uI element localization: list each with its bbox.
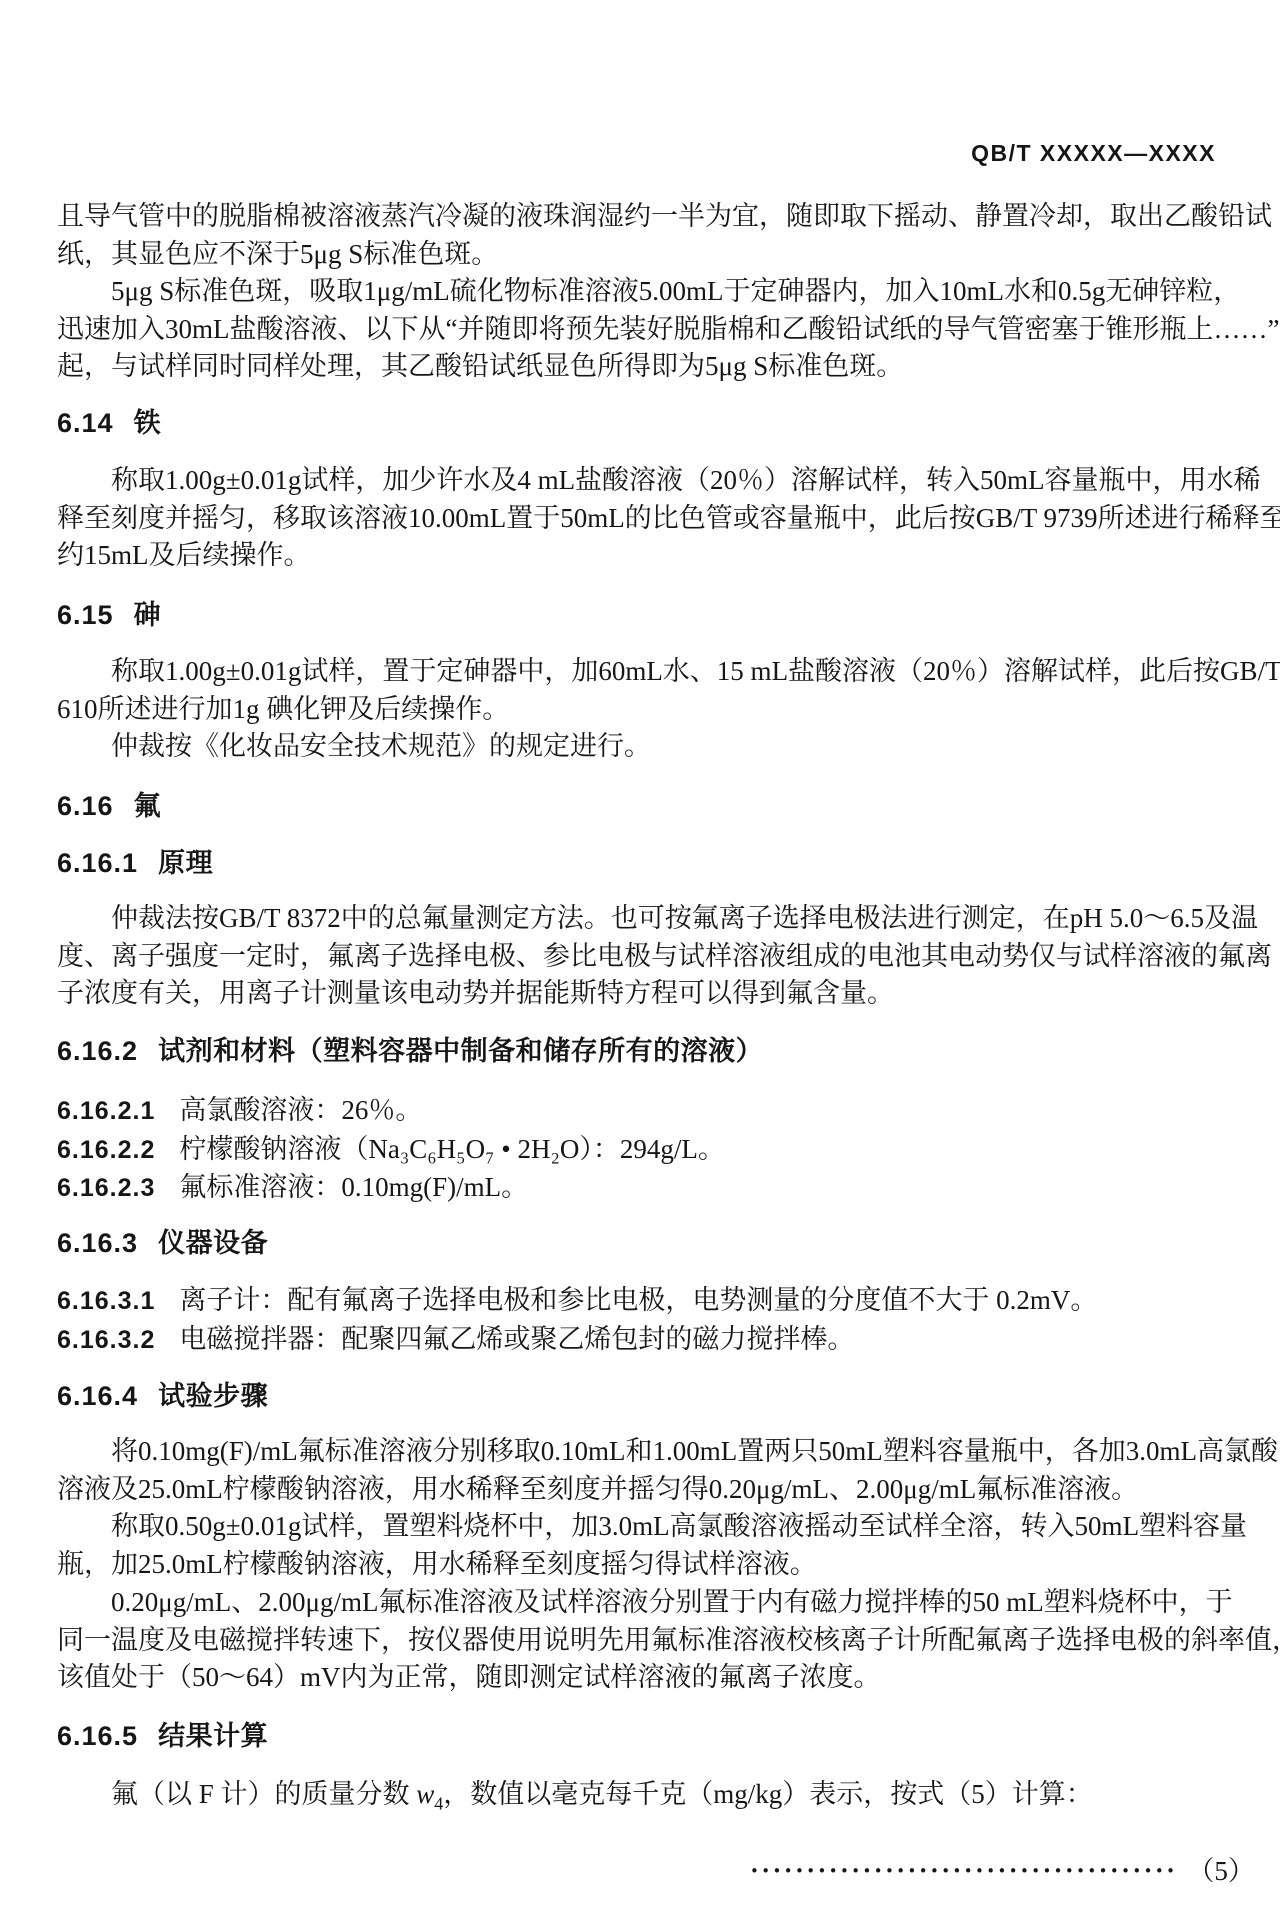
- clause-number: 6.16.3.1: [57, 1287, 155, 1315]
- reagent-items: 6.16.2.1高氯酸溶液：26％。6.16.2.2柠檬酸钠溶液（Na₃C₆H₅…: [57, 1092, 1227, 1208]
- equation-reference-row: •••••••••••••••••••••••••••••••••••••• （…: [750, 1849, 1280, 1888]
- text-line: 度、离子强度一定时，氟离子选择电极、参比电极与试样溶液组成的电池其电动势仅与试样…: [57, 938, 1227, 976]
- text-line: 氟（以 F 计）的质量分数 w4，数值以毫克每千克（mg/kg）表示，按式（5）…: [57, 1776, 1227, 1823]
- clause-title: 仪器设备: [158, 1228, 268, 1258]
- result-text-post: ，数值以毫克每千克（mg/kg）表示，按式（5）计算：: [443, 1779, 1093, 1809]
- paragraph-principle: 仲裁法按GB/T 8372中的总氟量测定方法。也可按氟离子选择电极法进行测定，在…: [57, 900, 1227, 1013]
- paragraph-result-formula-intro: 氟（以 F 计）的质量分数 w4，数值以毫克每千克（mg/kg）表示，按式（5）…: [57, 1776, 1227, 1823]
- clause-title: 试剂和材料（塑料容器中制备和储存所有的溶液）: [158, 1036, 763, 1066]
- clause-item: 6.16.2.1高氯酸溶液：26％。: [57, 1092, 1227, 1131]
- paragraph-procedure-3: 0.20μg/mL、2.00μg/mL氟标准溶液及试样溶液分别置于内有磁力搅拌棒…: [57, 1584, 1227, 1697]
- heading-6-16-3-apparatus: 6.16.3仪器设备: [57, 1226, 268, 1260]
- text-line: 迅速加入30mL盐酸溶液、以下从“并随即将预先装好脱脂棉和乙酸铅试纸的导气管密塞…: [57, 311, 1227, 349]
- clause-item: 6.16.3.2电磁搅拌器：配聚四氟乙烯或聚乙烯包封的磁力搅拌棒。: [57, 1321, 1227, 1360]
- clause-number: 6.16.1: [57, 848, 138, 878]
- paragraph-procedure-2: 称取0.50g±0.01g试样，置塑料烧杯中，加3.0mL高氯酸溶液摇动至试样全…: [57, 1508, 1227, 1583]
- clause-title: 铁: [134, 408, 162, 438]
- heading-6-16-fluorine: 6.16氟: [57, 789, 161, 823]
- clause-number: 6.16.3: [57, 1228, 138, 1258]
- heading-6-16-2-reagents: 6.16.2试剂和材料（塑料容器中制备和储存所有的溶液）: [57, 1034, 763, 1068]
- heading-6-16-4-procedure: 6.16.4试验步骤: [57, 1379, 268, 1413]
- mass-fraction-symbol: w: [416, 1779, 434, 1809]
- clause-item: 6.16.2.3氟标准溶液：0.10mg(F)/mL。: [57, 1169, 1227, 1208]
- clause-number: 6.16: [57, 791, 114, 821]
- paragraph-arsenic-arbitration: 仲裁按《化妆品安全技术规范》的规定进行。: [57, 728, 1227, 766]
- text-line: 0.20μg/mL、2.00μg/mL氟标准溶液及试样溶液分别置于内有磁力搅拌棒…: [57, 1584, 1227, 1622]
- procedure-paragraphs: 将0.10mg(F)/mL氟标准溶液分别移取0.10mL和1.00mL置两只50…: [57, 1433, 1227, 1697]
- clause-number: 6.15: [57, 600, 114, 630]
- clause-text: 柠檬酸钠溶液（Na₃C₆H₅O₇ • 2H₂O）：294g/L。: [179, 1134, 725, 1164]
- heading-6-16-1-principle: 6.16.1原理: [57, 846, 213, 880]
- text-line: 约15mL及后续操作。: [57, 537, 1227, 575]
- text-line: 纸，其显色应不深于5μg S标准色斑。: [57, 236, 1227, 274]
- paragraph-sulfide-continued: 且导气管中的脱脂棉被溶液蒸汽冷凝的液珠润湿约一半为宜，随即取下摇动、静置冷却，取…: [57, 198, 1227, 273]
- text-line: 称取0.50g±0.01g试样，置塑料烧杯中，加3.0mL高氯酸溶液摇动至试样全…: [57, 1508, 1227, 1546]
- document-page: QB/T XXXXX—XXXX 且导气管中的脱脂棉被溶液蒸汽冷凝的液珠润湿约一半…: [0, 0, 1280, 1916]
- text-line: 仲裁法按GB/T 8372中的总氟量测定方法。也可按氟离子选择电极法进行测定，在…: [57, 900, 1227, 938]
- doc-code-header: QB/T XXXXX—XXXX: [971, 140, 1216, 167]
- text-line: 称取1.00g±0.01g试样，置于定砷器中，加60mL水、15 mL盐酸溶液（…: [57, 653, 1227, 691]
- clause-text: 氟标准溶液：0.10mg(F)/mL。: [179, 1172, 528, 1202]
- clause-number: 6.16.2.2: [57, 1136, 155, 1164]
- text-line: 起，与试样同时同样处理，其乙酸铅试纸显色所得即为5μg S标准色斑。: [57, 348, 1227, 386]
- clause-number: 6.16.5: [57, 1721, 138, 1751]
- text-line: 释至刻度并摇匀，移取该溶液10.00mL置于50mL的比色管或容量瓶中，此后按G…: [57, 500, 1227, 538]
- text-line: 称取1.00g±0.01g试样，加少许水及4 mL盐酸溶液（20％）溶解试样，转…: [57, 462, 1227, 500]
- paragraph-procedure-1: 将0.10mg(F)/mL氟标准溶液分别移取0.10mL和1.00mL置两只50…: [57, 1433, 1227, 1508]
- paragraph-iron-method: 称取1.00g±0.01g试样，加少许水及4 mL盐酸溶液（20％）溶解试样，转…: [57, 462, 1227, 575]
- equation-number: （5）: [1187, 1849, 1255, 1888]
- clause-number: 6.14: [57, 408, 114, 438]
- heading-6-14-iron: 6.14铁: [57, 406, 161, 440]
- result-text-pre: 氟（以 F 计）的质量分数: [111, 1779, 416, 1809]
- text-line: 610所述进行加1g 碘化钾及后续操作。: [57, 691, 1227, 729]
- text-line: 同一温度及电磁搅拌转速下，按仪器使用说明先用氟标准溶液校核离子计所配氟离子选择电…: [57, 1622, 1227, 1660]
- text-line: 子浓度有关，用离子计测量该电动势并据能斯特方程可以得到氟含量。: [57, 975, 1227, 1013]
- clause-text: 高氯酸溶液：26％。: [179, 1095, 422, 1125]
- heading-6-15-arsenic: 6.15砷: [57, 598, 161, 632]
- clause-item: 6.16.3.1离子计：配有氟离子选择电极和参比电极，电势测量的分度值不大于 0…: [57, 1282, 1227, 1321]
- text-line: 该值处于（50～64）mV内为正常，随即测定试样溶液的氟离子浓度。: [57, 1659, 1227, 1697]
- dotted-leader: ••••••••••••••••••••••••••••••••••••••: [750, 1862, 1177, 1880]
- clause-number: 6.16.2: [57, 1036, 138, 1066]
- clause-number: 6.16.4: [57, 1381, 138, 1411]
- text-line: 瓶，加25.0mL柠檬酸钠溶液，用水稀释至刻度摇匀得试样溶液。: [57, 1546, 1227, 1584]
- clause-text: 离子计：配有氟离子选择电极和参比电极，电势测量的分度值不大于 0.2mV。: [179, 1285, 1097, 1315]
- mass-fraction-subscript: 4: [434, 1793, 443, 1813]
- text-line: 且导气管中的脱脂棉被溶液蒸汽冷凝的液珠润湿约一半为宜，随即取下摇动、静置冷却，取…: [57, 198, 1227, 236]
- clause-text: 电磁搅拌器：配聚四氟乙烯或聚乙烯包封的磁力搅拌棒。: [179, 1324, 854, 1354]
- clause-title: 氟: [134, 791, 162, 821]
- apparatus-items: 6.16.3.1离子计：配有氟离子选择电极和参比电极，电势测量的分度值不大于 0…: [57, 1282, 1227, 1359]
- heading-6-16-5-result: 6.16.5结果计算: [57, 1719, 268, 1753]
- text-line: 将0.10mg(F)/mL氟标准溶液分别移取0.10mL和1.00mL置两只50…: [57, 1433, 1227, 1471]
- clause-item: 6.16.2.2柠檬酸钠溶液（Na₃C₆H₅O₇ • 2H₂O）：294g/L。: [57, 1131, 1227, 1170]
- clause-number: 6.16.2.1: [57, 1097, 155, 1125]
- clause-number: 6.16.3.2: [57, 1326, 155, 1354]
- paragraph-arsenic-method: 称取1.00g±0.01g试样，置于定砷器中，加60mL水、15 mL盐酸溶液（…: [57, 653, 1227, 728]
- clause-title: 试验步骤: [158, 1381, 268, 1411]
- clause-number: 6.16.2.3: [57, 1174, 155, 1202]
- clause-title: 砷: [134, 600, 162, 630]
- text-line: 溶液及25.0mL柠檬酸钠溶液，用水稀释至刻度并摇匀得0.20μg/mL、2.0…: [57, 1471, 1227, 1509]
- paragraph-standard-spot: 5μg S标准色斑，吸取1μg/mL硫化物标准溶液5.00mL于定砷器内，加入1…: [57, 273, 1227, 386]
- text-line: 5μg S标准色斑，吸取1μg/mL硫化物标准溶液5.00mL于定砷器内，加入1…: [57, 273, 1227, 311]
- clause-title: 结果计算: [158, 1721, 268, 1751]
- text-line: 仲裁按《化妆品安全技术规范》的规定进行。: [57, 728, 1227, 766]
- clause-title: 原理: [158, 848, 213, 878]
